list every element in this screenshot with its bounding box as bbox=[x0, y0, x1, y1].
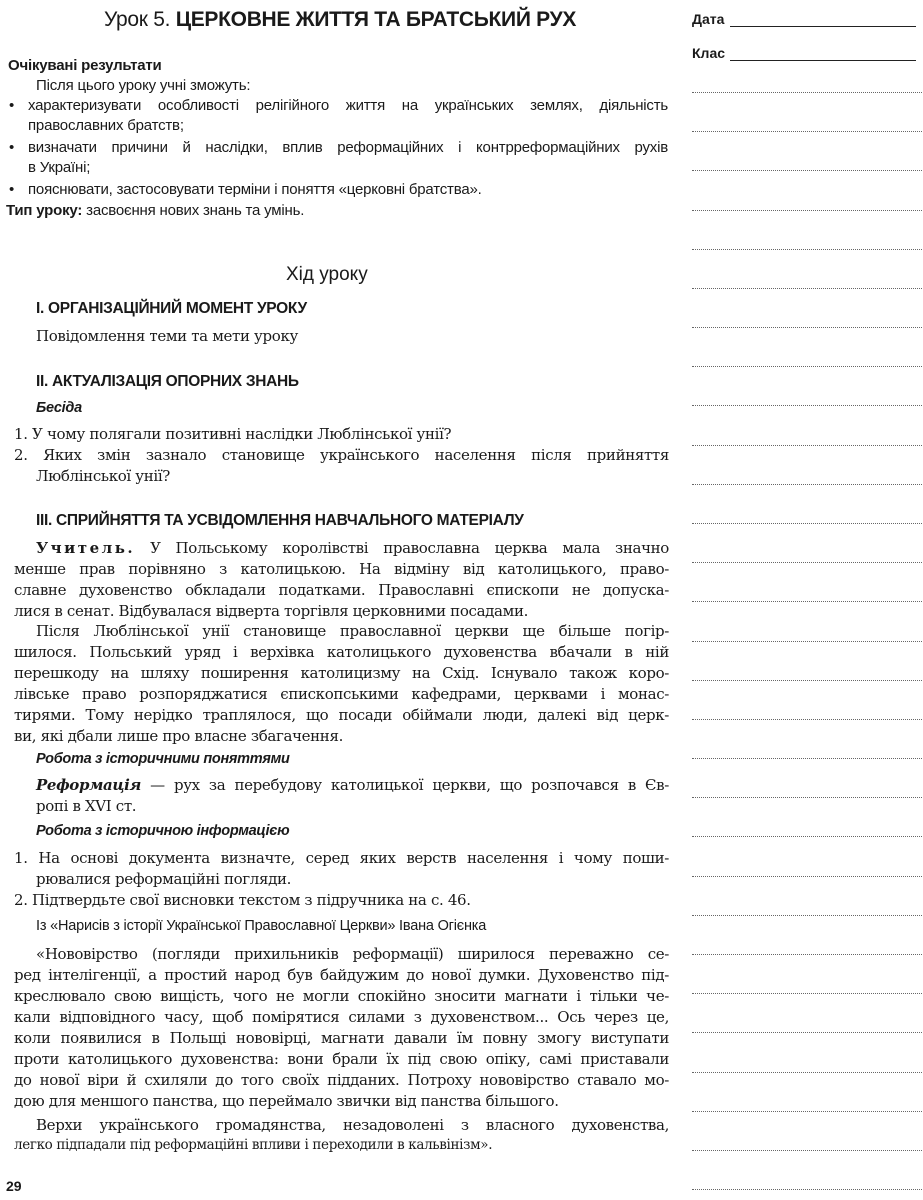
date-field[interactable] bbox=[730, 26, 916, 27]
term-definition-cont: ропі в XVI ст. bbox=[36, 797, 136, 815]
lesson-topic: ЦЕРКОВНЕ ЖИТТЯ ТА БРАТСЬКИЙ РУХ bbox=[176, 8, 576, 31]
note-line[interactable] bbox=[692, 601, 922, 602]
note-line[interactable] bbox=[692, 484, 922, 485]
lesson-number: Урок 5. bbox=[104, 8, 170, 31]
note-line[interactable] bbox=[692, 758, 922, 759]
note-line[interactable] bbox=[692, 993, 922, 994]
bullet-icon: • bbox=[9, 139, 14, 156]
text-line: славне духовенство обкладали податками. … bbox=[14, 581, 669, 599]
text-line: ви, які дбали лише про власне збагачення… bbox=[14, 727, 343, 745]
list-item: характеризувати особливості релігійного … bbox=[28, 97, 668, 114]
list-item: визначати причини й наслідки, вплив рефо… bbox=[28, 139, 668, 156]
info-heading: Робота з історичною інформацією bbox=[36, 823, 289, 839]
class-field[interactable] bbox=[730, 60, 916, 61]
note-line[interactable] bbox=[692, 249, 922, 250]
section-1-text: Повідомлення теми та мети уроку bbox=[36, 327, 298, 345]
notes-column: Дата Клас bbox=[690, 0, 923, 1200]
text-line: Після Люблінської унії становище правосл… bbox=[36, 622, 669, 640]
note-line[interactable] bbox=[692, 680, 922, 681]
conversation-heading: Бесіда bbox=[36, 400, 82, 416]
lesson-type-value: засвоєння нових знань та умінь. bbox=[86, 202, 304, 219]
note-line[interactable] bbox=[692, 876, 922, 877]
note-line[interactable] bbox=[692, 1032, 922, 1033]
quote-line: Верхи українського громадянства, незадов… bbox=[36, 1116, 669, 1134]
note-line[interactable] bbox=[692, 523, 922, 524]
question-2-cont: Люблінської унії? bbox=[36, 467, 170, 485]
concepts-heading: Робота з історичними поняттями bbox=[36, 751, 290, 767]
list-item: пояснювати, застосовувати терміни і поня… bbox=[28, 181, 482, 198]
lesson-type: Тип уроку: засвоєння нових знань та умін… bbox=[6, 202, 304, 219]
quote-line: «Нововірство (погляди прихильників рефор… bbox=[36, 945, 669, 963]
note-line[interactable] bbox=[692, 92, 922, 93]
note-line[interactable] bbox=[692, 836, 922, 837]
quote-line: дою для меншого панства, що переймало зв… bbox=[14, 1092, 559, 1110]
text-line: лівське право розпоряджатися єпископськи… bbox=[14, 685, 669, 703]
source-citation: Із «Нарисів з історії Української Правос… bbox=[36, 918, 486, 934]
quote-line: до нової віри й схиляли до того своїх пі… bbox=[14, 1071, 669, 1089]
task-2: 2. Підтвердьте свої висновки текстом з п… bbox=[14, 891, 471, 909]
text-line: лися в сенат. Відбувалася відверта торгі… bbox=[14, 602, 528, 620]
bullet-icon: • bbox=[9, 181, 14, 198]
course-heading: Хід уроку bbox=[286, 264, 368, 286]
teacher-label: Учитель. bbox=[36, 539, 135, 557]
text-line: тирями. Тому нерідко траплялося, що поса… bbox=[14, 706, 669, 724]
section-3-heading: ІІІ. СПРИЙНЯТТЯ ТА УСВІДОМЛЕННЯ НАВЧАЛЬН… bbox=[36, 512, 524, 530]
date-label: Дата bbox=[692, 11, 724, 27]
note-line[interactable] bbox=[692, 1150, 922, 1151]
list-item-cont: православних братств; bbox=[28, 117, 184, 134]
lesson-type-label: Тип уроку: bbox=[6, 202, 82, 219]
quote-line: проти католицького духовенства: вони бра… bbox=[14, 1050, 669, 1068]
task-1: 1. На основі документа визначте, серед я… bbox=[14, 849, 669, 867]
note-line[interactable] bbox=[692, 445, 922, 446]
note-line[interactable] bbox=[692, 131, 922, 132]
note-line[interactable] bbox=[692, 1111, 922, 1112]
note-line[interactable] bbox=[692, 954, 922, 955]
expected-results-heading: Очікувані результати bbox=[8, 57, 162, 74]
text-line: шилося. Польський уряд і верхівка католи… bbox=[14, 643, 669, 661]
term-definition: Реформація — рух за перебудову католицьк… bbox=[36, 776, 669, 794]
section-1-heading: І. ОРГАНІЗАЦІЙНИЙ МОМЕНТ УРОКУ bbox=[36, 300, 307, 318]
quote-line: ред інтелігенції, а простий народ був ба… bbox=[14, 966, 669, 984]
task-1-cont: рювалися реформаційні погляди. bbox=[36, 870, 291, 888]
note-line[interactable] bbox=[692, 405, 922, 406]
note-line[interactable] bbox=[692, 797, 922, 798]
note-line[interactable] bbox=[692, 719, 922, 720]
list-item-cont: в Україні; bbox=[28, 159, 90, 176]
question-2: 2. Яких змін зазнало становище українськ… bbox=[14, 446, 669, 464]
quote-line: легко підпадали під реформаційні впливи … bbox=[14, 1137, 492, 1153]
quote-line: кали відповідного часу, щоб помірятися с… bbox=[14, 1008, 669, 1026]
class-label: Клас bbox=[692, 45, 725, 61]
note-line[interactable] bbox=[692, 915, 922, 916]
text-line: Учитель. У Польському королівстві правос… bbox=[36, 539, 669, 557]
page-number: 29 bbox=[6, 1178, 22, 1194]
text-line: менше прав порівняно з католицькою. На в… bbox=[14, 560, 669, 578]
bullet-icon: • bbox=[9, 97, 14, 114]
quote-line: коли появилися в Польщі нововірці, магна… bbox=[14, 1029, 669, 1047]
term: Реформація bbox=[36, 776, 141, 794]
note-line[interactable] bbox=[692, 210, 922, 211]
note-line[interactable] bbox=[692, 562, 922, 563]
note-line[interactable] bbox=[692, 641, 922, 642]
expected-results-intro: Після цього уроку учні зможуть: bbox=[36, 77, 250, 94]
lesson-title: Урок 5. ЦЕРКОВНЕ ЖИТТЯ ТА БРАТСЬКИЙ РУХ bbox=[0, 8, 680, 32]
section-2-heading: ІІ. АКТУАЛІЗАЦІЯ ОПОРНИХ ЗНАНЬ bbox=[36, 373, 299, 391]
note-line[interactable] bbox=[692, 288, 922, 289]
note-line[interactable] bbox=[692, 1072, 922, 1073]
quote-line: креслювало свою вищість, чого не могли с… bbox=[14, 987, 669, 1005]
note-line[interactable] bbox=[692, 1189, 922, 1190]
note-line[interactable] bbox=[692, 170, 922, 171]
question-1: 1. У чому полягали позитивні наслідки Лю… bbox=[14, 425, 451, 443]
note-line[interactable] bbox=[692, 327, 922, 328]
note-line[interactable] bbox=[692, 366, 922, 367]
text-line: перешкоду на шляху поширення католицизму… bbox=[14, 664, 669, 682]
